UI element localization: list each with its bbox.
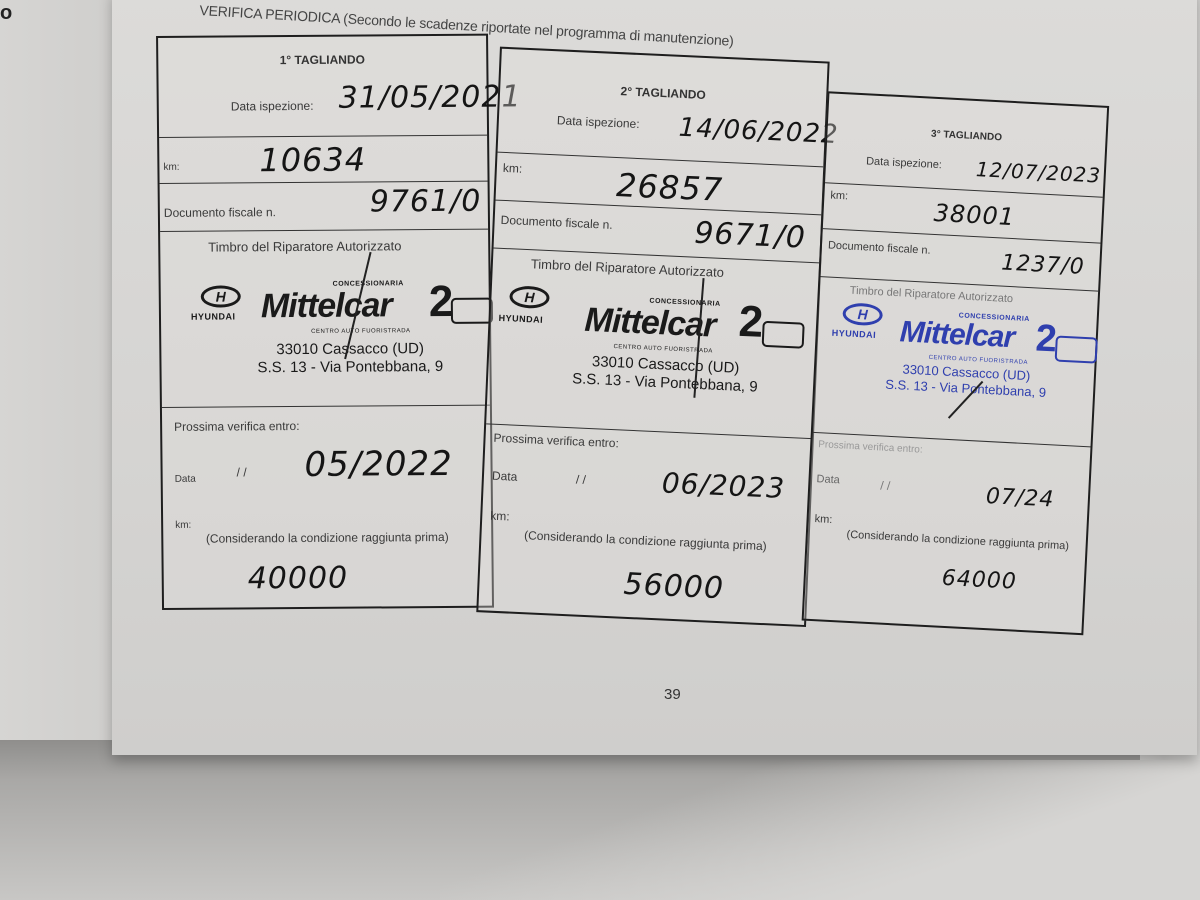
tagliando-column-2: 2° TAGLIANDO Data ispezione: 14/06/2022 … (476, 47, 829, 627)
km-value: 10634 (259, 141, 366, 180)
km-label: km: (163, 162, 179, 173)
stamp-address: 33010 Cassacco (UD) S.S. 13 - Via Ponteb… (885, 361, 1047, 401)
inspection-header-row: 2° TAGLIANDO Data ispezione: 14/06/2022 (498, 49, 828, 168)
stamp-dealer-suffix: 2 (738, 302, 764, 343)
data-ispezione-label: Data ispezione: (557, 113, 640, 131)
tagliando-title: 1° TAGLIANDO (158, 52, 486, 68)
stamp-row: Timbro del Riparatore Autorizzato H HYUN… (160, 230, 490, 408)
documento-fiscale-label: Documento fiscale n. (164, 205, 276, 220)
km-row: km: 10634 (159, 136, 487, 184)
prossima-verifica-label: Prossima verifica entro: (493, 431, 619, 451)
prossima-data-value: 07/24 (985, 484, 1055, 513)
stamp-dealer-name: Mittelcar (584, 301, 716, 346)
prossima-verifica-row: Prossima verifica entro: Data / / 05/202… (162, 406, 492, 612)
tagliando-column-1: 1° TAGLIANDO Data ispezione: 31/05/2021 … (156, 34, 494, 610)
stamp-brand: HYUNDAI (498, 313, 543, 325)
stamp-brand: HYUNDAI (831, 328, 876, 340)
hyundai-logo-icon: H (842, 302, 883, 326)
km-label: km: (490, 509, 510, 524)
km-label: km: (503, 161, 523, 176)
data-ispezione-label: Data ispezione: (231, 99, 314, 114)
data-label: Data (492, 469, 518, 484)
condizione-note: (Considerando la condizione raggiunta pr… (505, 527, 785, 554)
prossima-km-value: 40000 (248, 561, 349, 597)
tagliando-title: 3° TAGLIANDO (827, 123, 1105, 149)
stamp-row: Timbro del Riparatore Autorizzato H HYUN… (813, 277, 1098, 447)
data-label: Data (816, 473, 840, 486)
prossima-verifica-row: Prossima verifica entro: Data / / 06/202… (478, 424, 812, 629)
table-surface-light (440, 760, 1200, 900)
condizione-note: (Considerando la condizione raggiunta pr… (828, 528, 1088, 554)
stamp-tagline: CENTRO AUTO FUORISTRADA (311, 328, 410, 335)
dealer-stamp: H HYUNDAI CONCESSIONARIA Mittelcar 2 CEN… (160, 252, 489, 394)
documento-fiscale-row: Documento fiscale n. 9761/0 (160, 182, 488, 232)
prossima-verifica-label: Prossima verifica entro: (818, 439, 923, 455)
car-icon (451, 298, 493, 324)
documento-fiscale-label: Documento fiscale n. (500, 213, 613, 232)
km-label: km: (175, 520, 191, 531)
stamp-brand: HYUNDAI (191, 311, 236, 321)
date-slashes: / / (576, 472, 587, 486)
tagliando-column-3: 3° TAGLIANDO Data ispezione: 12/07/2023 … (802, 91, 1110, 635)
stamp-row: Timbro del Riparatore Autorizzato H HYUN… (486, 249, 819, 440)
date-slashes: / / (880, 478, 891, 493)
prossima-km-value: 56000 (623, 567, 725, 607)
data-ispezione-value: 31/05/2021 (339, 79, 522, 115)
km-value: 26857 (615, 166, 723, 209)
documento-fiscale-label: Documento fiscale n. (828, 239, 931, 256)
date-slashes: / / (237, 465, 247, 479)
tagliando-title: 2° TAGLIANDO (500, 79, 826, 108)
stamp-dealer-name: Mittelcar (261, 286, 392, 326)
stamp-address-line2: S.S. 13 - Via Pontebbana, 9 (257, 358, 443, 377)
stamp-dealer-name: Mittelcar (899, 315, 1015, 355)
dealer-stamp: H HYUNDAI CONCESSIONARIA Mittelcar 2 CEN… (813, 299, 1097, 453)
stamp-dealer-suffix: 2 (429, 282, 454, 322)
prossima-km-value: 64000 (941, 566, 1017, 595)
stamp-address: 33010 Cassacco (UD) S.S. 13 - Via Ponteb… (572, 352, 759, 396)
km-label: km: (814, 513, 832, 526)
documento-fiscale-value: 9671/0 (694, 216, 807, 256)
condizione-note: (Considerando la condizione raggiunta pr… (187, 530, 467, 546)
hyundai-logo-icon: H (201, 285, 241, 307)
prossima-data-value: 05/2022 (304, 444, 453, 485)
stamp-address-line1: 33010 Cassacco (UD) (257, 340, 443, 359)
prossima-data-value: 06/2023 (661, 466, 786, 505)
page-number: 39 (664, 686, 681, 703)
inspection-header-row: 3° TAGLIANDO Data ispezione: 12/07/2023 (825, 93, 1107, 197)
left-page-text-fragment: o (0, 2, 12, 25)
inspection-header-row: 1° TAGLIANDO Data ispezione: 31/05/2021 (158, 36, 487, 138)
dealer-stamp: H HYUNDAI CONCESSIONARIA Mittelcar 2 CEN… (487, 271, 819, 426)
hyundai-logo-icon: H (509, 285, 550, 309)
data-ispezione-label: Data ispezione: (866, 155, 942, 171)
data-label: Data (175, 474, 196, 485)
km-label: km: (830, 190, 848, 203)
maintenance-table: 1° TAGLIANDO Data ispezione: 31/05/2021 … (162, 42, 1108, 615)
data-ispezione-value: 12/07/2023 (975, 157, 1101, 188)
car-icon (762, 321, 805, 349)
stamp-address: 33010 Cassacco (UD) S.S. 13 - Via Ponteb… (257, 340, 443, 377)
documento-fiscale-value: 9761/0 (370, 184, 482, 220)
documento-fiscale-value: 1237/0 (1001, 251, 1086, 280)
data-ispezione-value: 14/06/2022 (678, 113, 839, 150)
prossima-verifica-row: Prossima verifica entro: Data / / 07/24 … (804, 433, 1091, 637)
prossima-verifica-label: Prossima verifica entro: (174, 419, 300, 434)
km-value: 38001 (933, 199, 1016, 231)
car-icon (1055, 335, 1098, 363)
